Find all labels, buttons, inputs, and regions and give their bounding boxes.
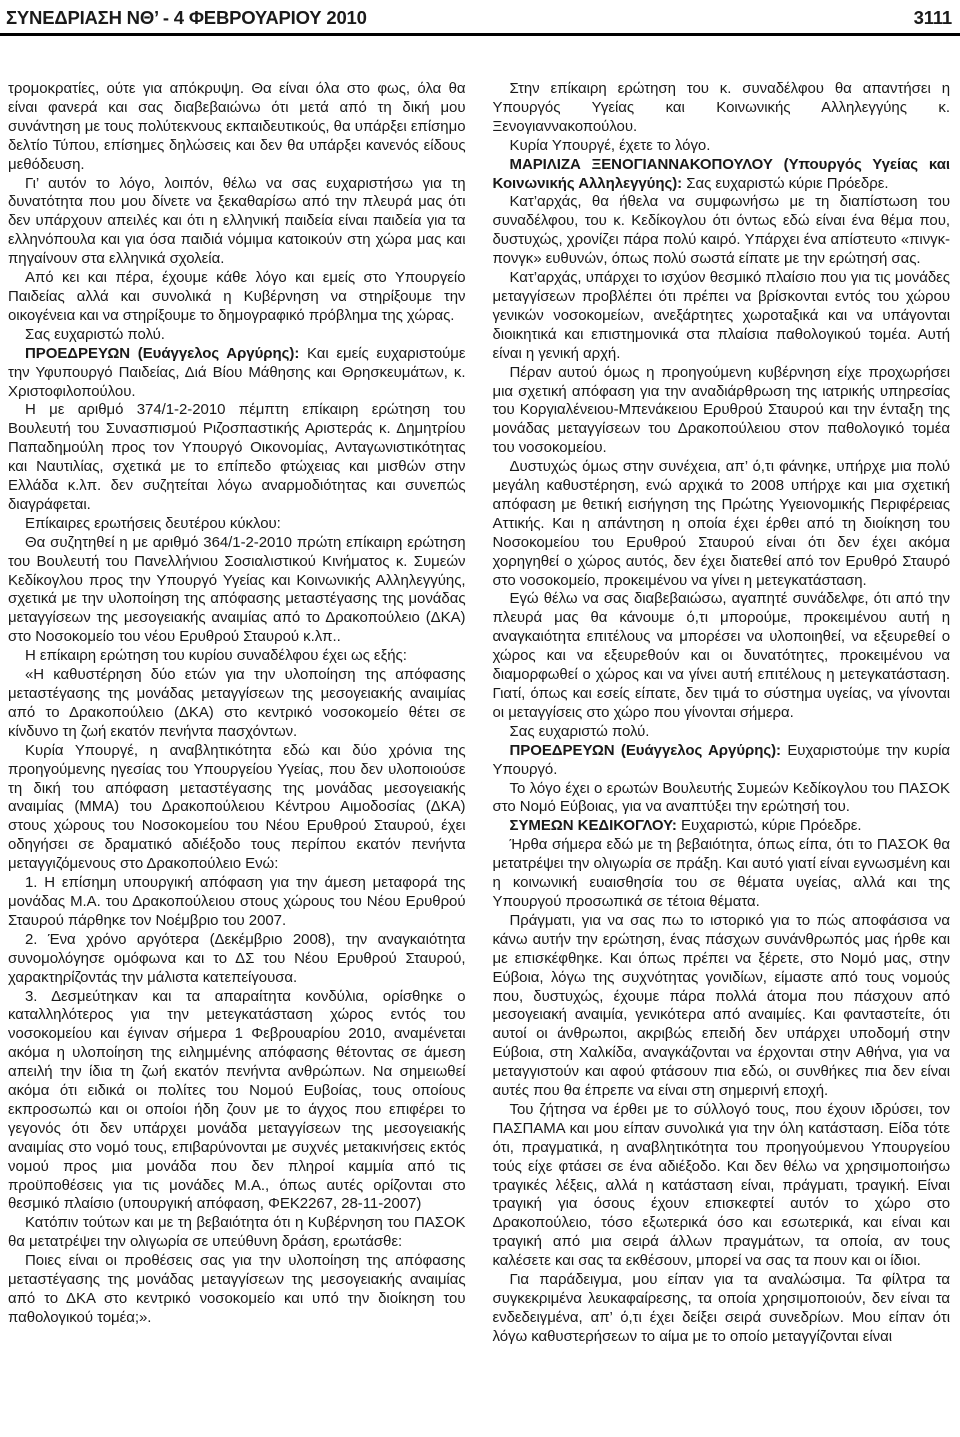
paragraph: ΜΑΡΙΛΙΖΑ ΞΕΝΟΓΙΑΝΝΑΚΟΠΟΥΛΟΥ (Υπουργός Υγ… <box>493 156 951 194</box>
page-header: ΣΥΝΕΔΡΙΑΣΗ ΝΘ’ - 4 ΦΕΒΡΟΥΑΡΙΟΥ 2010 3111 <box>0 0 960 29</box>
paragraph: Ήρθα σήμερα εδώ με τη βεβαιότητα, όπως ε… <box>493 836 951 912</box>
speaker-name: ΣΥΜΕΩΝ ΚΕΔΙΚΟΓΛΟΥ: <box>510 817 677 834</box>
paragraph: Κυρία Υπουργέ, έχετε το λόγο. <box>493 137 951 156</box>
paragraph: Πράγματι, για να σας πω το ιστορικό για … <box>493 912 951 1101</box>
paragraph: Σας ευχαριστώ πολύ. <box>493 723 951 742</box>
paragraph: Γι’ αυτόν το λόγο, λοιπόν, θέλω να σας ε… <box>8 175 466 270</box>
speaker-name: ΠΡΟΕΔΡΕΥΩΝ (Ευάγγελος Αργύρης): <box>510 742 782 759</box>
paragraph: Επίκαιρες ερωτήσεις δευτέρου κύκλου: <box>8 515 466 534</box>
left-column: τρομοκρατίες, ούτε για απόκρυψη. Θα είνα… <box>8 80 466 1347</box>
paragraph: 3. Δεσμεύτηκαν και τα απαραίτητα κονδύλι… <box>8 988 466 1215</box>
paragraph: Κατόπιν τούτων και με τη βεβαιότητα ότι … <box>8 1214 466 1252</box>
paragraph: ΠΡΟΕΔΡΕΥΩΝ (Ευάγγελος Αργύρης): Ευχαριστ… <box>493 742 951 780</box>
paragraph: Θα συζητηθεί η με αριθμό 364/1-2-2010 πρ… <box>8 534 466 647</box>
paragraph: Στην επίκαιρη ερώτηση του κ. συναδέλφου … <box>493 80 951 137</box>
paragraph: Για παράδειγμα, μου είπαν για τα αναλώσι… <box>493 1271 951 1347</box>
speaker-name: ΠΡΟΕΔΡΕΥΩΝ (Ευάγγελος Αργύρης): <box>25 345 299 362</box>
paragraph: τρομοκρατίες, ούτε για απόκρυψη. Θα είνα… <box>8 80 466 175</box>
right-column: Στην επίκαιρη ερώτηση του κ. συναδέλφου … <box>493 80 951 1347</box>
speaker-name: ΜΑΡΙΛΙΖΑ ΞΕΝΟΓΙΑΝΝΑΚΟΠΟΥΛΟΥ (Υπουργός Υγ… <box>493 156 951 192</box>
paragraph: «Η καθυστέρηση δύο ετών για την υλοποίησ… <box>8 666 466 742</box>
paragraph: ΠΡΟΕΔΡΕΥΩΝ (Ευάγγελος Αργύρης): Και εμεί… <box>8 345 466 402</box>
paragraph: Κατ’αρχάς, θα ήθελα να συμφωνήσω με τη δ… <box>493 193 951 269</box>
paragraph: Κυρία Υπουργέ, η αναβλητικότητα εδώ και … <box>8 742 466 874</box>
paragraph: 1. Η επίσημη υπουργική απόφαση για την ά… <box>8 874 466 931</box>
paragraph: Δυστυχώς όμως στην συνέχεια, απ’ ό,τι φά… <box>493 458 951 590</box>
paragraph: 2. Ένα χρόνο αργότερα (Δεκέμβριο 2008), … <box>8 931 466 988</box>
paragraph: Η επίκαιρη ερώτηση του κυρίου συναδέλφου… <box>8 647 466 666</box>
paragraph: Κατ’αρχάς, υπάρχει το ισχύον θεσμικό πλα… <box>493 269 951 364</box>
paragraph: Από κει και πέρα, έχουμε κάθε λόγο και ε… <box>8 269 466 326</box>
session-title: ΣΥΝΕΔΡΙΑΣΗ ΝΘ’ - 4 ΦΕΒΡΟΥΑΡΙΟΥ 2010 <box>6 7 367 29</box>
paragraph: Ποιες είναι οι προθέσεις σας για την υλο… <box>8 1252 466 1328</box>
text-columns: τρομοκρατίες, ούτε για απόκρυψη. Θα είνα… <box>0 36 960 1347</box>
paragraph: Του ζήτησα να έρθει με το σύλλογό τους, … <box>493 1101 951 1271</box>
paragraph: Πέραν αυτού όμως η προηγούμενη κυβέρνηση… <box>493 364 951 459</box>
paragraph: Η με αριθμό 374/1-2-2010 πέμπτη επίκαιρη… <box>8 401 466 514</box>
proceedings-page: ΣΥΝΕΔΡΙΑΣΗ ΝΘ’ - 4 ΦΕΒΡΟΥΑΡΙΟΥ 2010 3111… <box>0 0 960 1437</box>
paragraph: Σας ευχαριστώ πολύ. <box>8 326 466 345</box>
paragraph: Εγώ θέλω να σας διαβεβαιώσω, αγαπητέ συν… <box>493 590 951 722</box>
paragraph: Το λόγο έχει ο ερωτών Βουλευτής Συμεών Κ… <box>493 780 951 818</box>
paragraph: ΣΥΜΕΩΝ ΚΕΔΙΚΟΓΛΟΥ: Ευχαριστώ, κύριε Πρόε… <box>493 817 951 836</box>
page-number: 3111 <box>914 7 952 29</box>
